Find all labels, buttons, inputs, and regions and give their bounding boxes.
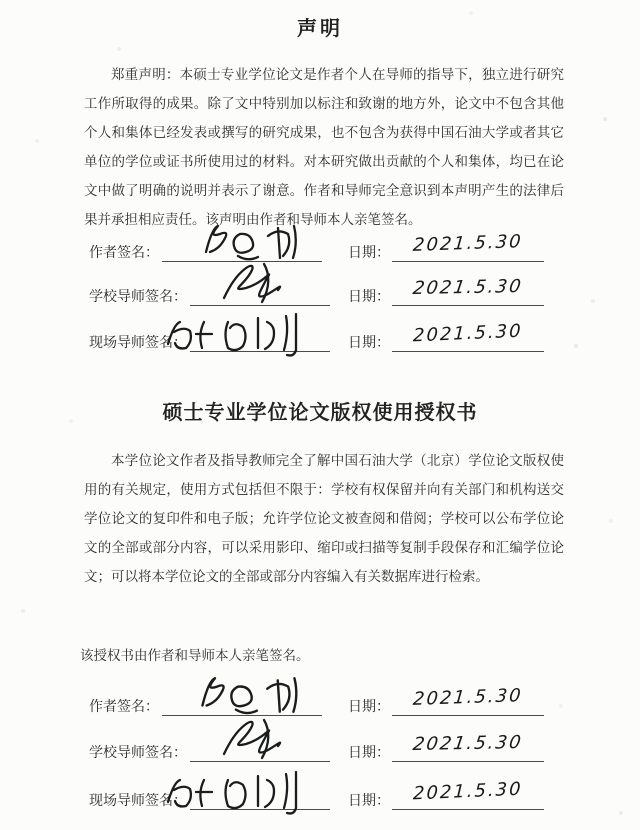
author-date-value-2: 2021.5.30	[412, 685, 523, 710]
school-advisor-date-line-2: 2021.5.30	[392, 731, 544, 762]
field-advisor-date-label: 日期：	[348, 332, 390, 352]
school-advisor-signature-handwriting	[214, 258, 304, 306]
authorization-title: 硕士专业学位论文版权使用授权书	[0, 396, 640, 425]
school-advisor-signature-label-2: 学校导师签名：	[89, 742, 187, 762]
field-advisor-signature-handwriting-2	[160, 768, 320, 812]
school-advisor-signature-handwriting-2	[214, 714, 304, 762]
field-advisor-date-value-2: 2021.5.30	[413, 779, 523, 805]
author-date-line-2: 2021.5.30	[392, 685, 544, 716]
school-advisor-date-label: 日期：	[348, 286, 390, 306]
school-advisor-date-label-2: 日期：	[348, 742, 390, 762]
author-date-label: 日期：	[348, 242, 390, 262]
signature-row-author-2: 作者签名： 日期： 2021.5.30	[0, 686, 640, 720]
declaration-title: 声明	[0, 12, 640, 41]
school-advisor-date-line: 2021.5.30	[392, 275, 544, 306]
author-date-label-2: 日期：	[348, 696, 390, 716]
signature-row-field-advisor: 现场导师签名： 日期： 2021.5.30	[0, 322, 640, 356]
field-advisor-signature-handwriting	[160, 310, 320, 354]
school-advisor-signature-label: 学校导师签名：	[89, 286, 187, 306]
author-date-line: 2021.5.30	[392, 231, 544, 262]
signature-row-field-advisor-2: 现场导师签名： 日期： 2021.5.30	[0, 780, 640, 814]
authorization-note: 该授权书由作者和导师本人亲笔签名。	[80, 644, 310, 664]
signature-row-author: 作者签名： 日期： 2021.5.30	[0, 232, 640, 266]
scan-noise	[0, 0, 2, 2]
field-advisor-date-line-2: 2021.5.30	[392, 779, 544, 810]
author-date-value: 2021.5.30	[412, 231, 523, 256]
author-signature-label: 作者签名：	[89, 242, 159, 262]
school-advisor-date-value: 2021.5.30	[412, 276, 525, 299]
authorization-paragraph: 本学位论文作者及指导教师完全了解中国石油大学（北京）学位论文版权使用的有关规定，…	[84, 446, 564, 591]
field-advisor-date-label-2: 日期：	[348, 790, 390, 810]
author-signature-label-2: 作者签名：	[89, 696, 159, 716]
declaration-paragraph: 郑重声明：本硕士专业学位论文是作者个人在导师的指导下，独立进行研究工作所取得的成…	[84, 60, 564, 234]
field-advisor-date-value: 2021.5.30	[413, 321, 523, 347]
author-signature-handwriting-2	[192, 672, 307, 718]
signature-row-school-advisor-2: 学校导师签名： 日期： 2021.5.30	[0, 732, 640, 766]
signature-row-school-advisor: 学校导师签名： 日期： 2021.5.30	[0, 276, 640, 310]
school-advisor-date-value-2: 2021.5.30	[412, 732, 525, 755]
scanned-declaration-page: 声明 郑重声明：本硕士专业学位论文是作者个人在导师的指导下，独立进行研究工作所取…	[0, 0, 640, 830]
field-advisor-date-line: 2021.5.30	[392, 321, 544, 352]
